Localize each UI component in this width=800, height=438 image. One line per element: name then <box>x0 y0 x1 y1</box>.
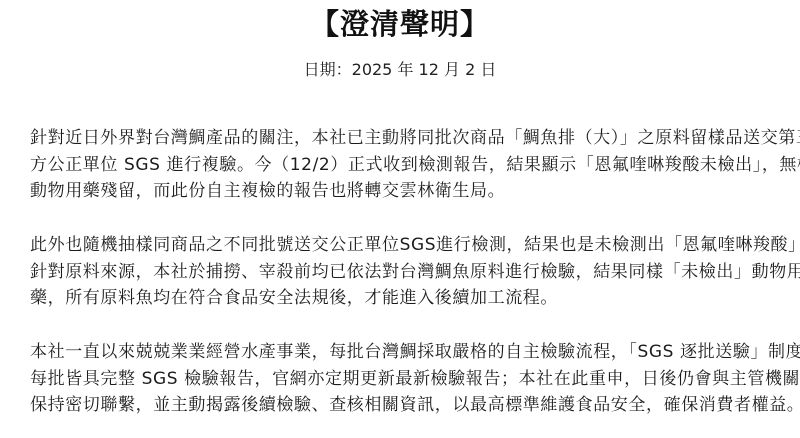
paragraph-company-commitment: 本社一直以來兢兢業業經營水產事業，每批台灣鯛採取嚴格的自主檢驗流程，「SGS 逐… <box>30 339 790 419</box>
paragraph-test-results: 針對近日外界對台灣鯛產品的關注，本社已主動將同批次商品「鯛魚排（大）」之原料留樣… <box>30 125 790 205</box>
paragraph-line: 動物用藥殘留，而此份自主複檢的報告也將轉交雲林衛生局。 <box>30 178 790 205</box>
paragraph-line: 此外也隨機抽樣同商品之不同批號送交公正單位SGS進行檢測，結果也是未檢測出「恩氟… <box>30 232 790 259</box>
clarification-statement-document: 【澄清聲明】 日期：2025 年 12 月 2 日 針對近日外界對台灣鯛產品的關… <box>0 0 800 438</box>
paragraph-random-sampling: 此外也隨機抽樣同商品之不同批號送交公正單位SGS進行檢測，結果也是未檢測出「恩氟… <box>30 232 790 312</box>
paragraph-line: 每批皆具完整 SGS 檢驗報告，官網亦定期更新最新檢驗報告；本社在此重申，日後仍… <box>30 366 790 393</box>
paragraph-line: 針對近日外界對台灣鯛產品的關注，本社已主動將同批次商品「鯛魚排（大）」之原料留樣… <box>30 125 790 152</box>
paragraph-line: 針對原料來源，本社於捕撈、宰殺前均已依法對台灣鯛魚原料進行檢驗，結果同樣「未檢出… <box>30 259 790 286</box>
statement-title: 【澄清聲明】 <box>0 4 800 44</box>
paragraph-line: 本社一直以來兢兢業業經營水產事業，每批台灣鯛採取嚴格的自主檢驗流程，「SGS 逐… <box>30 339 790 366</box>
paragraph-line: 方公正單位 SGS 進行複驗。今（12/2）正式收到檢測報告，結果顯示「恩氟喹啉… <box>30 152 790 179</box>
paragraph-line: 藥，所有原料魚均在符合食品安全法規後，才能進入後續加工流程。 <box>30 285 790 312</box>
statement-date: 日期：2025 年 12 月 2 日 <box>0 58 800 82</box>
paragraph-line: 保持密切聯繫，並主動揭露後續檢驗、查核相關資訊，以最高標準維護食品安全，確保消費… <box>30 392 790 419</box>
